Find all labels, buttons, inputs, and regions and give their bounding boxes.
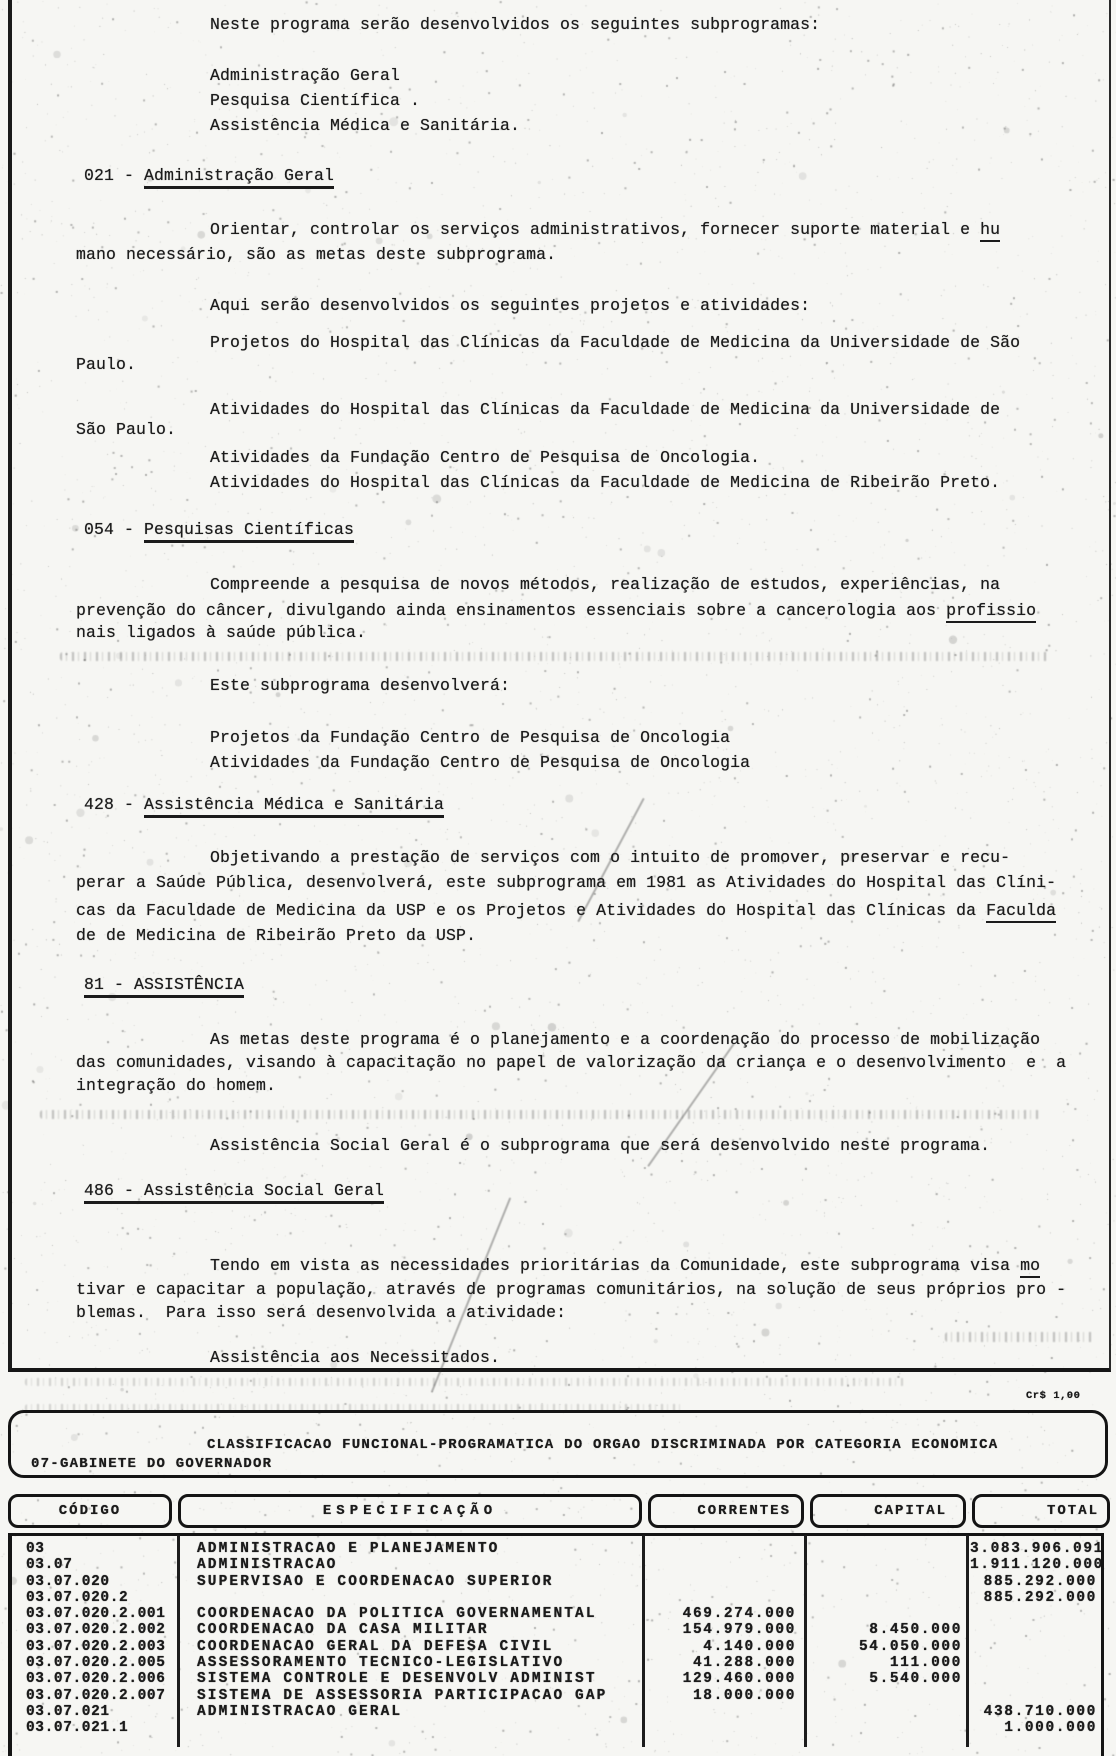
cell-total: [970, 1688, 1101, 1704]
cell-capital: [808, 1688, 970, 1704]
cell-capital: 54.050.000: [808, 1639, 970, 1655]
cell-capital: 8.450.000: [808, 1622, 970, 1638]
cell-codigo: 03.07.020.2.005: [12, 1655, 181, 1671]
document-border-box: [8, 0, 1111, 1372]
cell-especificacao: SISTEMA DE ASSESSORIA PARTICIPACAO GAP: [181, 1688, 646, 1704]
table-row: 03.07.021.1 1.000.000: [12, 1720, 1101, 1736]
table-row: 03.07.020.2.007 SISTEMA DE ASSESSORIA PA…: [12, 1688, 1101, 1704]
cell-codigo: 03.07.020.2.001: [12, 1606, 181, 1622]
cell-capital: [808, 1606, 970, 1622]
table-row: 03.07.020.2 885.292.000: [12, 1590, 1101, 1606]
section-heading-428: 428 - Assistência Médica e Sanitária: [84, 791, 444, 818]
cell-total: 1.000.000: [970, 1720, 1101, 1736]
doc-line: Atividades do Hospital das Clínicas da F…: [210, 469, 1000, 496]
cell-capital: [808, 1704, 970, 1720]
table-row: 03.07.020.2.001 COORDENACAO DA POLITICA …: [12, 1606, 1101, 1622]
doc-line: Este subprograma desenvolverá:: [210, 672, 510, 699]
cell-total: [970, 1655, 1101, 1671]
cell-correntes: [646, 1574, 808, 1590]
table-row: 03.07.020.2.003 COORDENACAO GERAL DA DEF…: [12, 1639, 1101, 1655]
cell-correntes: [646, 1720, 808, 1736]
noise-smudge: [25, 1378, 905, 1386]
section-heading-81: 81 - ASSISTÊNCIA: [84, 971, 244, 998]
table-title: CLASSIFICACAO FUNCIONAL-PROGRAMATICA DO …: [207, 1437, 998, 1453]
table-column-divider: [177, 1535, 180, 1747]
cell-correntes: [646, 1557, 808, 1573]
column-header-especificacao: ESPECIFICAÇÃO: [178, 1494, 642, 1528]
table-row: 03 ADMINISTRACAO E PLANEJAMENTO 3.083.90…: [12, 1541, 1101, 1557]
cell-especificacao: ADMINISTRACAO: [181, 1557, 646, 1573]
cell-total: [970, 1671, 1101, 1687]
cell-total: [970, 1622, 1101, 1638]
cell-capital: 5.540.000: [808, 1671, 970, 1687]
cell-capital: [808, 1590, 970, 1606]
cell-especificacao: ADMINISTRACAO GERAL: [181, 1704, 646, 1720]
table-row: 03.07 ADMINISTRACAO 1.911.120.000: [12, 1557, 1101, 1573]
column-header-total: TOTAL: [972, 1494, 1110, 1528]
cell-codigo: 03.07.020.2: [12, 1590, 181, 1606]
doc-line: Compreende a pesquisa de novos métodos, …: [210, 571, 1000, 598]
cell-codigo: 03.07.020.2.007: [12, 1688, 181, 1704]
cell-especificacao: ADMINISTRACAO E PLANEJAMENTO: [181, 1541, 646, 1557]
doc-line: Pesquisa Científica .: [210, 87, 420, 114]
cell-total: 1.911.120.000: [970, 1557, 1104, 1573]
doc-line: Orientar, controlar os serviços administ…: [210, 216, 1000, 243]
cell-especificacao: COORDENACAO GERAL DA DEFESA CIVIL: [181, 1639, 646, 1655]
cell-codigo: 03.07.020: [12, 1574, 181, 1590]
cell-capital: [808, 1541, 970, 1557]
cell-especificacao: SUPERVISAO E COORDENACAO SUPERIOR: [181, 1574, 646, 1590]
cell-codigo: 03.07.020.2.002: [12, 1622, 181, 1638]
cell-correntes: 469.274.000: [646, 1606, 808, 1622]
table-row: 03.07.020 SUPERVISAO E COORDENACAO SUPER…: [12, 1574, 1101, 1590]
doc-line: Administração Geral: [210, 62, 400, 89]
cell-especificacao: ASSESSORAMENTO TECNICO-LEGISLATIVO: [181, 1655, 646, 1671]
cell-total: [970, 1606, 1101, 1622]
table-column-divider: [804, 1535, 807, 1747]
cell-correntes: [646, 1590, 808, 1606]
cell-total: 3.083.906.091: [970, 1541, 1104, 1557]
cell-correntes: [646, 1541, 808, 1557]
doc-line: São Paulo.: [76, 416, 176, 443]
doc-line: integração do homem.: [76, 1072, 276, 1099]
currency-unit-note: Cr$ 1,00: [1026, 1390, 1080, 1402]
cell-total: [970, 1639, 1101, 1655]
table-body: 03 ADMINISTRACAO E PLANEJAMENTO 3.083.90…: [8, 1533, 1104, 1756]
doc-line: Assistência Social Geral é o subprograma…: [210, 1132, 990, 1159]
section-heading-021: 021 - Administração Geral: [84, 162, 334, 189]
cell-total: 885.292.000: [970, 1590, 1101, 1606]
table-column-divider: [642, 1535, 645, 1747]
doc-line: Aqui serão desenvolvidos os seguintes pr…: [210, 292, 810, 319]
doc-line: Atividades da Fundação Centro de Pesquis…: [210, 444, 760, 471]
cell-especificacao: COORDENACAO DA POLITICA GOVERNAMENTAL: [181, 1606, 646, 1622]
cell-total: 885.292.000: [970, 1574, 1101, 1590]
cell-especificacao: COORDENACAO DA CASA MILITAR: [181, 1622, 646, 1638]
cell-correntes: 129.460.000: [646, 1671, 808, 1687]
table-column-divider: [966, 1535, 969, 1747]
table-title-box: CLASSIFICACAO FUNCIONAL-PROGRAMATICA DO …: [8, 1410, 1108, 1478]
doc-line: cas da Faculdade de Medicina da USP e os…: [76, 897, 1056, 924]
section-heading-054: 054 - Pesquisas Científicas: [84, 516, 354, 543]
scanned-page: Neste programa serão desenvolvidos os se…: [0, 0, 1116, 1756]
cell-capital: 111.000: [808, 1655, 970, 1671]
doc-line: Atividades da Fundação Centro de Pesquis…: [210, 749, 750, 776]
cell-codigo: 03.07.020.2.003: [12, 1639, 181, 1655]
cell-capital: [808, 1720, 970, 1736]
doc-line: Neste programa serão desenvolvidos os se…: [210, 11, 820, 38]
cell-total: 438.710.000: [970, 1704, 1101, 1720]
cell-correntes: 4.140.000: [646, 1639, 808, 1655]
section-heading-486: 486 - Assistência Social Geral: [84, 1177, 384, 1204]
cell-codigo: 03.07.021: [12, 1704, 181, 1720]
doc-line: Projetos da Fundação Centro de Pesquisa …: [210, 724, 730, 751]
doc-line: blemas. Para isso será desenvolvida a at…: [76, 1299, 566, 1326]
cell-codigo: 03.07: [12, 1557, 181, 1573]
table-subtitle-organ: 07-GABINETE DO GOVERNADOR: [31, 1456, 272, 1472]
cell-codigo: 03.07.021.1: [12, 1720, 181, 1736]
noise-smudge: [945, 1332, 1095, 1342]
column-header-codigo: CÓDIGO: [8, 1494, 172, 1528]
cell-especificacao: SISTEMA CONTROLE E DESENVOLV ADMINIST: [181, 1671, 646, 1687]
cell-correntes: 41.288.000: [646, 1655, 808, 1671]
table-row: 03.07.020.2.005 ASSESSORAMENTO TECNICO-L…: [12, 1655, 1101, 1671]
doc-line: Assistência aos Necessitados.: [210, 1344, 500, 1371]
table-row: 03.07.020.2.006 SISTEMA CONTROLE E DESEN…: [12, 1671, 1101, 1687]
cell-correntes: 18.000.000: [646, 1688, 808, 1704]
table-row: 03.07.021 ADMINISTRACAO GERAL 438.710.00…: [12, 1704, 1101, 1720]
cell-codigo: 03: [12, 1541, 181, 1557]
doc-line: Paulo.: [76, 351, 136, 378]
doc-line: de de Medicina de Ribeirão Preto da USP.: [76, 922, 476, 949]
noise-smudge: [60, 652, 1050, 661]
column-header-capital: CAPITAL: [810, 1494, 966, 1528]
table-row: 03.07.020.2.002 COORDENACAO DA CASA MILI…: [12, 1622, 1101, 1638]
doc-line: Tendo em vista as necessidades prioritár…: [210, 1252, 1040, 1279]
doc-line: perar a Saúde Pública, desenvolverá, est…: [76, 869, 1056, 896]
cell-correntes: [646, 1704, 808, 1720]
cell-capital: [808, 1557, 970, 1573]
column-header-correntes: CORRENTES: [648, 1494, 804, 1528]
doc-line: nais ligados à saúde pública.: [76, 619, 366, 646]
doc-line: Atividades do Hospital das Clínicas da F…: [210, 396, 1000, 423]
cell-especificacao: [181, 1720, 646, 1736]
cell-capital: [808, 1574, 970, 1590]
cell-codigo: 03.07.020.2.006: [12, 1671, 181, 1687]
doc-line: mano necessário, são as metas deste subp…: [76, 241, 556, 268]
doc-line: Projetos do Hospital das Clínicas da Fac…: [210, 329, 1020, 356]
cell-correntes: 154.979.000: [646, 1622, 808, 1638]
doc-line: Assistência Médica e Sanitária.: [210, 112, 520, 139]
noise-smudge: [40, 1110, 1040, 1119]
cell-especificacao: [181, 1590, 646, 1606]
